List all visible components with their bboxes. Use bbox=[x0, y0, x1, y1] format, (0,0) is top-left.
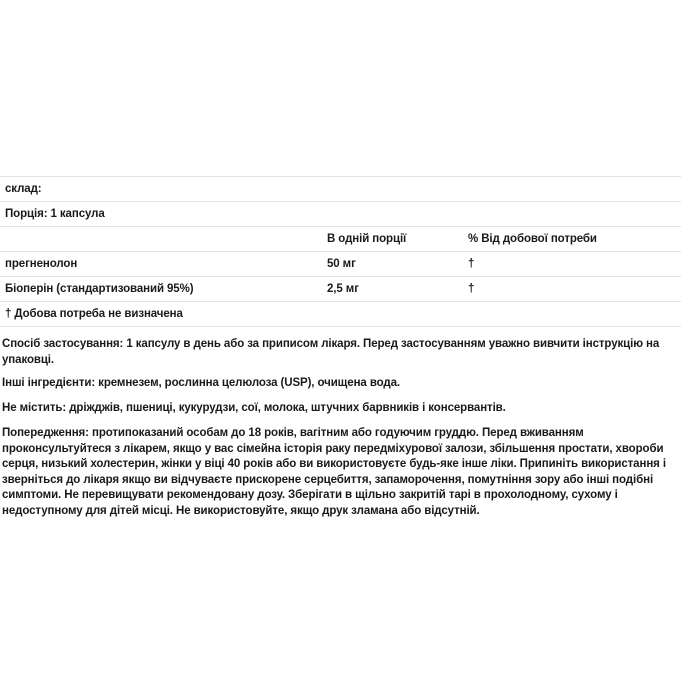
directions-text: Спосіб застосування: 1 капсулу в день аб… bbox=[0, 337, 688, 368]
table-header-row: В одній порції % Від добової потреби bbox=[0, 227, 681, 252]
table-row: прегненолон 50 мг † bbox=[0, 252, 681, 277]
serving-size: Порція: 1 капсула bbox=[0, 208, 105, 220]
ingredient-amount: 2,5 мг bbox=[327, 283, 468, 295]
serving-size-row: Порція: 1 капсула bbox=[0, 202, 681, 227]
ingredient-amount: 50 мг bbox=[327, 258, 468, 270]
footnote-row: † Добова потреба не визначена bbox=[0, 302, 681, 327]
ingredient-name: Біоперін (стандартизований 95%) bbox=[0, 283, 327, 295]
column-header-per-serving: В одній порції bbox=[327, 233, 468, 245]
facts-heading: склад: bbox=[0, 183, 42, 195]
daily-value-footnote: † Добова потреба не визначена bbox=[0, 308, 183, 320]
supplement-facts-table: склад: Порція: 1 капсула В одній порції … bbox=[0, 176, 681, 327]
ingredient-daily-value: † bbox=[468, 258, 681, 270]
facts-heading-row: склад: bbox=[0, 177, 681, 202]
other-ingredients-text: Інші інгредієнти: кремнезем, рослинна це… bbox=[0, 376, 688, 392]
warning-text: Попередження: протипоказаний особам до 1… bbox=[0, 426, 688, 520]
table-row: Біоперін (стандартизований 95%) 2,5 мг † bbox=[0, 277, 681, 302]
ingredient-daily-value: † bbox=[468, 283, 681, 295]
does-not-contain-text: Не містить: дріжджів, пшениці, кукурудзи… bbox=[0, 401, 688, 417]
column-header-daily-value: % Від добової потреби bbox=[468, 233, 681, 245]
ingredient-name: прегненолон bbox=[0, 258, 327, 270]
